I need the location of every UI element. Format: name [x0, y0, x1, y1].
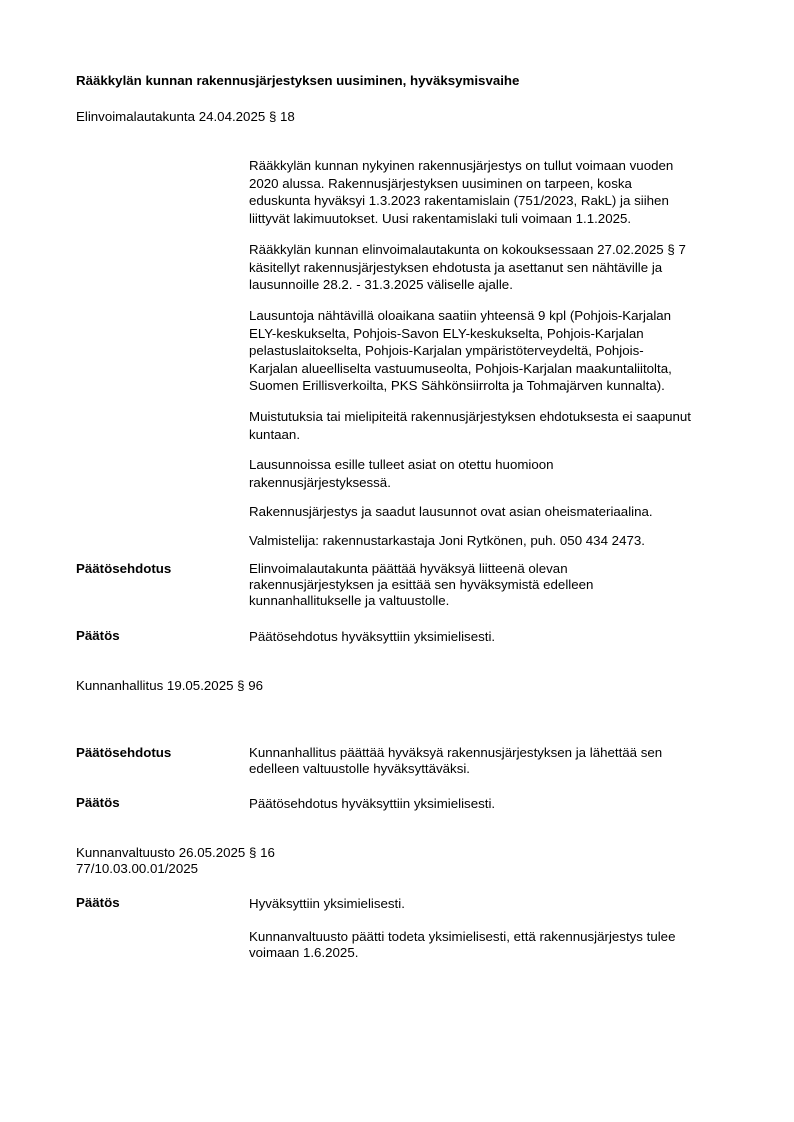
case-number: 77/10.03.00.01/2025: [76, 861, 198, 876]
proposal-paragraph-1: Elinvoimalautakunta päättää hyväksyä lii…: [249, 561, 749, 609]
preparation-text-4: Muistutuksia tai mielipiteitä rakennusjä…: [249, 408, 749, 443]
preparation-text-3: Lausuntoja nähtävillä oloaikana saatiin …: [249, 307, 749, 395]
proposal-label-1: Päätösehdotus: [76, 561, 171, 576]
proposal-label-2: Päätösehdotus: [76, 745, 171, 760]
paragraph-previous-handling: Rääkkylän kunnan elinvoimalautakunta on …: [249, 241, 749, 294]
paragraph-reminders: Muistutuksia tai mielipiteitä rakennusjä…: [249, 408, 749, 443]
decision-label-3: Päätös: [76, 895, 120, 910]
decision-text-1: Päätösehdotus hyväksyttiin yksimielisest…: [249, 628, 749, 646]
preparation-text-6: Rakennusjärjestys ja saadut lausunnot ov…: [249, 503, 749, 521]
decision-text-2: Päätösehdotus hyväksyttiin yksimielisest…: [249, 795, 749, 813]
council-note: Kunnanvaltuusto päätti todeta yksimielis…: [249, 929, 749, 961]
decision-label-2: Päätös: [76, 795, 120, 810]
decision-label-1: Päätös: [76, 628, 120, 643]
document-title: Rääkkylän kunnan rakennusjärjestyksen uu…: [76, 73, 519, 88]
paragraph-attachments: Rakennusjärjestys ja saadut lausunnot ov…: [249, 503, 749, 521]
council-note-paragraph: Kunnanvaltuusto päätti todeta yksimielis…: [249, 929, 749, 961]
preparation-text-7: Valmistelija: rakennustarkastaja Joni Ry…: [249, 532, 749, 550]
paragraph-preparer: Valmistelija: rakennustarkastaja Joni Ry…: [249, 532, 749, 550]
paragraph-statements: Lausuntoja nähtävillä oloaikana saatiin …: [249, 307, 749, 395]
decision-text-3: Hyväksyttiin yksimielisesti.: [249, 895, 749, 913]
proposal-text-2: Kunnanhallitus päättää hyväksyä rakennus…: [249, 745, 749, 777]
paragraph-background: Rääkkylän kunnan nykyinen rakennusjärjes…: [249, 157, 749, 227]
preparation-text-2: Rääkkylän kunnan elinvoimalautakunta on …: [249, 241, 749, 294]
meeting-heading-kunnanhallitus: Kunnanhallitus 19.05.2025 § 96: [76, 678, 263, 693]
proposal-paragraph-2: Kunnanhallitus päättää hyväksyä rakennus…: [249, 745, 749, 777]
meeting-heading-elinvoimalautakunta: Elinvoimalautakunta 24.04.2025 § 18: [76, 109, 295, 124]
preparation-text: Rääkkylän kunnan nykyinen rakennusjärjes…: [249, 157, 749, 227]
meeting-heading-kunnanvaltuusto: Kunnanvaltuusto 26.05.2025 § 16: [76, 845, 275, 860]
paragraph-considered: Lausunnoissa esille tulleet asiat on ote…: [249, 456, 749, 491]
proposal-text-1: Elinvoimalautakunta päättää hyväksyä lii…: [249, 561, 749, 609]
preparation-text-5: Lausunnoissa esille tulleet asiat on ote…: [249, 456, 749, 491]
